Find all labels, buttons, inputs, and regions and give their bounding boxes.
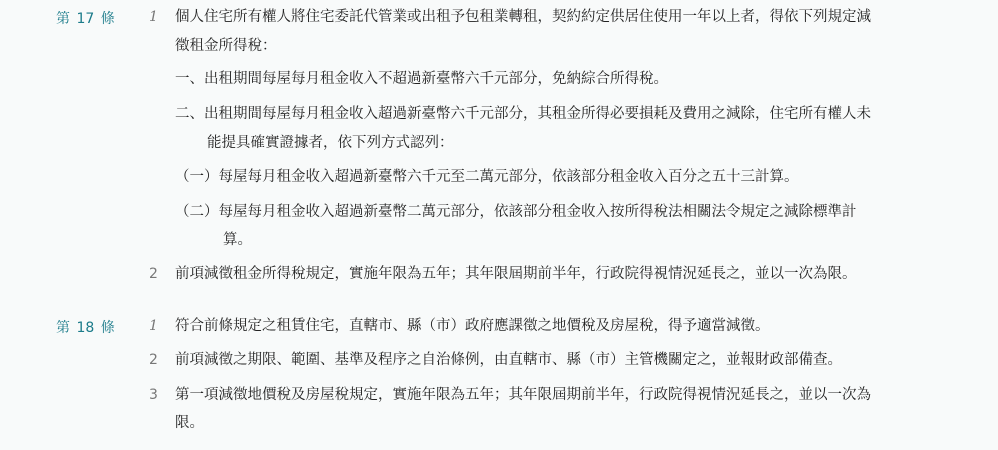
subitem-text: 二、出租期間每屋每月租金收入超過新臺幣六千元部分，其租金所得必要損耗及費用之減除… xyxy=(175,104,871,124)
paragraph-text: 符合前條規定之租賃住宅，直轄市、縣（市）政府應課徵之地價稅及房屋稅，得予適當減徵… xyxy=(175,316,770,336)
paragraph-number: 2 xyxy=(149,352,158,368)
paragraph-number: 2 xyxy=(149,266,158,282)
paragraph-number: 3 xyxy=(149,387,158,403)
paragraph-number: 1 xyxy=(149,9,158,25)
paragraph-text: 前項減徵之期限、範圍、基準及程序之自治條例，由直轄市、縣（市）主管機關定之，並報… xyxy=(175,350,842,370)
paragraph-text: 個人住宅所有權人將住宅委託代管業或出租予包租業轉租，契約約定供居住使用一年以上者… xyxy=(175,7,871,27)
subitem-text: 能提具確實證據者，依下列方式認列： xyxy=(207,133,454,153)
paragraph-text: 徵租金所得稅： xyxy=(175,36,277,56)
paragraph-text: 限。 xyxy=(175,413,204,433)
subitem-text: （二）每屋每月租金收入超過新臺幣二萬元部分，依該部分租金收入按所得稅法相關法令規… xyxy=(175,202,857,222)
subitem-text: 算。 xyxy=(223,230,252,250)
subitem-text: 一、出租期間每屋每月租金收入不超過新臺幣六千元部分，免納綜合所得稅。 xyxy=(175,69,668,89)
article-18-label[interactable]: 第 18 條 xyxy=(56,317,126,337)
paragraph-text: 第一項減徵地價稅及房屋稅規定，實施年限為五年；其年限屆期前半年，行政院得視情況延… xyxy=(175,385,871,405)
paragraph-text: 前項減徵租金所得稅規定，實施年限為五年；其年限屆期前半年，行政院得視情況延長之，… xyxy=(175,264,857,284)
article-17-label[interactable]: 第 17 條 xyxy=(56,8,126,28)
subitem-text: （一）每屋每月租金收入超過新臺幣六千元至二萬元部分，依該部分租金收入百分之五十三… xyxy=(175,167,799,187)
paragraph-number: 1 xyxy=(149,318,158,334)
